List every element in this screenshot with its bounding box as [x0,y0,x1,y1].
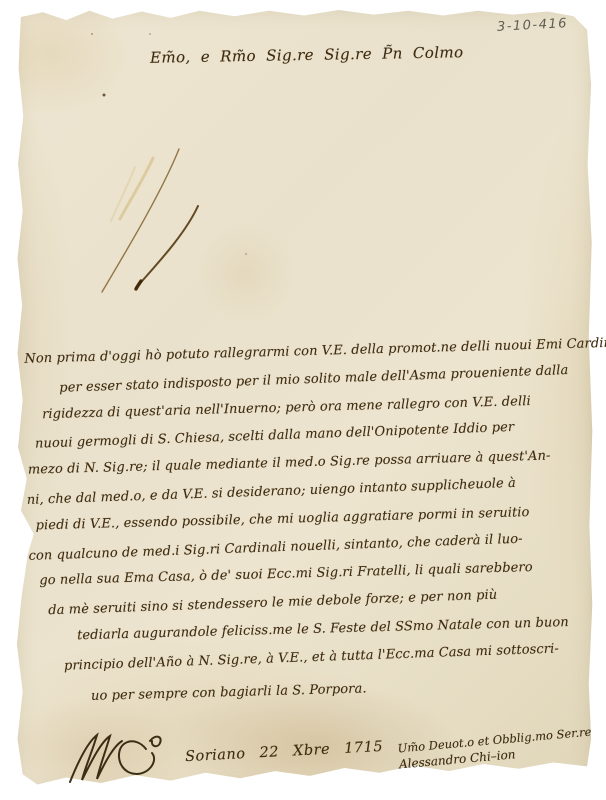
letter-body: Non prima d'oggi hò potuto rallegrarmi c… [22,329,601,713]
scanned-letter-page: 3-10-416 Em̃o, e Rm̃o Sig.re Sig.re P̃n … [0,0,606,800]
